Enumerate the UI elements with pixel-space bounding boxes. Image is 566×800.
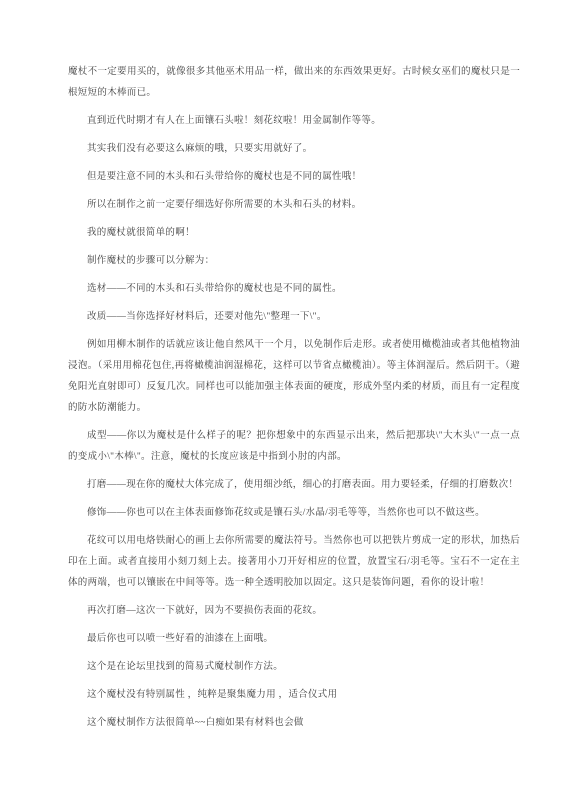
paragraph: 最后你也可以喷一些好看的油漆在上面哦。 xyxy=(68,629,520,650)
paragraph: 这个魔杖没有特别属性 ，纯粹是聚集魔力用 ，适合仪式用 xyxy=(68,685,520,706)
paragraph: 打磨——现在你的魔杖大体完成了，使用细沙纸，细心的打磨表面。用力要轻柔，仔细的打… xyxy=(68,475,520,496)
paragraph: 我的魔杖就很简单的啊！ xyxy=(68,223,520,244)
paragraph: 这个是在论坛里找到的简易式魔杖制作方法。 xyxy=(68,657,520,678)
paragraph: 花纹可以用电烙铁耐心的画上去你所需要的魔法符号。当然你也可以把铁片剪成一定的形状… xyxy=(68,531,520,594)
paragraph: 例如用柳木制作的话就应该让他自然风干一个月，以免制作后走形。或者使用橄榄油或者其… xyxy=(68,335,520,419)
paragraph: 其实我们没有必要这么麻烦的哦，只要实用就好了。 xyxy=(68,139,520,160)
paragraph: 但是要注意不同的木头和石头带给你的魔杖也是不同的属性哦！ xyxy=(68,167,520,188)
paragraph: 直到近代时期才有人在上面镶石头啦！刻花纹啦！用金属制作等等。 xyxy=(68,111,520,132)
paragraph: 选材——不同的木头和石头带给你的魔杖也是不同的属性。 xyxy=(68,279,520,300)
paragraph: 成型——你以为魔杖是什么样子的呢？把你想象中的东西显示出来，然后把那块\"大木头… xyxy=(68,426,520,468)
paragraph: 所以在制作之前一定要仔细选好你所需要的木头和石头的材料。 xyxy=(68,195,520,216)
document-page: 魔杖不一定要用买的，就像很多其他巫术用品一样，做出来的东西效果更好。古时候女巫们… xyxy=(0,0,566,800)
paragraph: 制作魔杖的步骤可以分解为： xyxy=(68,251,520,272)
paragraph: 再次打磨—这次一下就好，因为不要损伤表面的花纹。 xyxy=(68,601,520,622)
document-body: 魔杖不一定要用买的，就像很多其他巫术用品一样，做出来的东西效果更好。古时候女巫们… xyxy=(68,62,520,741)
paragraph: 修饰——你也可以在主体表面修饰花纹或是镶石头/水晶/羽毛等等，当然你也可以不做这… xyxy=(68,503,520,524)
paragraph: 魔杖不一定要用买的，就像很多其他巫术用品一样，做出来的东西效果更好。古时候女巫们… xyxy=(68,62,520,104)
paragraph: 改质——当你选择好材料后，还要对他先\"整理一下\"。 xyxy=(68,307,520,328)
paragraph: 这个魔杖制作方法很简单~~白痴如果有材料也会做 xyxy=(68,713,520,734)
